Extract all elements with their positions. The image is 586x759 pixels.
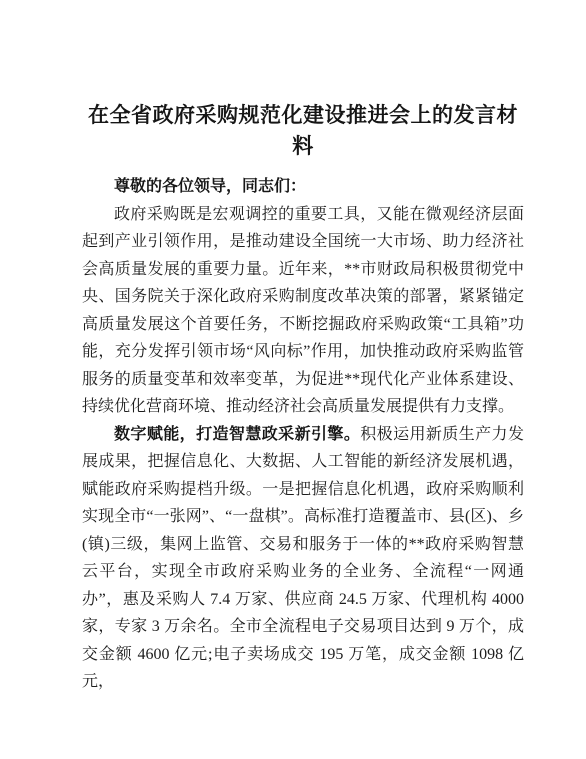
document-title: 在全省政府采购规范化建设推进会上的发言材料 — [82, 100, 524, 162]
document-page: 在全省政府采购规范化建设推进会上的发言材料 尊敬的各位领导，同志们： 政府采购既… — [0, 0, 586, 759]
paragraph-1: 政府采购既是宏观调控的重要工具，又能在微观经济层面起到产业引领作用，是推动建设全… — [82, 201, 524, 421]
greeting-line: 尊敬的各位领导，同志们： — [82, 173, 524, 201]
paragraph-2-text: 积极运用新质生产力发展成果，把握信息化、大数据、人工智能的新经济发展机遇，赋能政… — [82, 426, 524, 691]
paragraph-2-lead: 数字赋能，打造智慧政采新引擎。 — [114, 426, 360, 443]
paragraph-1-text: 政府采购既是宏观调控的重要工具，又能在微观经济层面起到产业引领作用，是推动建设全… — [82, 206, 524, 416]
document-content: 在全省政府采购规范化建设推进会上的发言材料 尊敬的各位领导，同志们： 政府采购既… — [82, 100, 524, 696]
paragraph-2: 数字赋能，打造智慧政采新引擎。积极运用新质生产力发展成果，把握信息化、大数据、人… — [82, 421, 524, 696]
